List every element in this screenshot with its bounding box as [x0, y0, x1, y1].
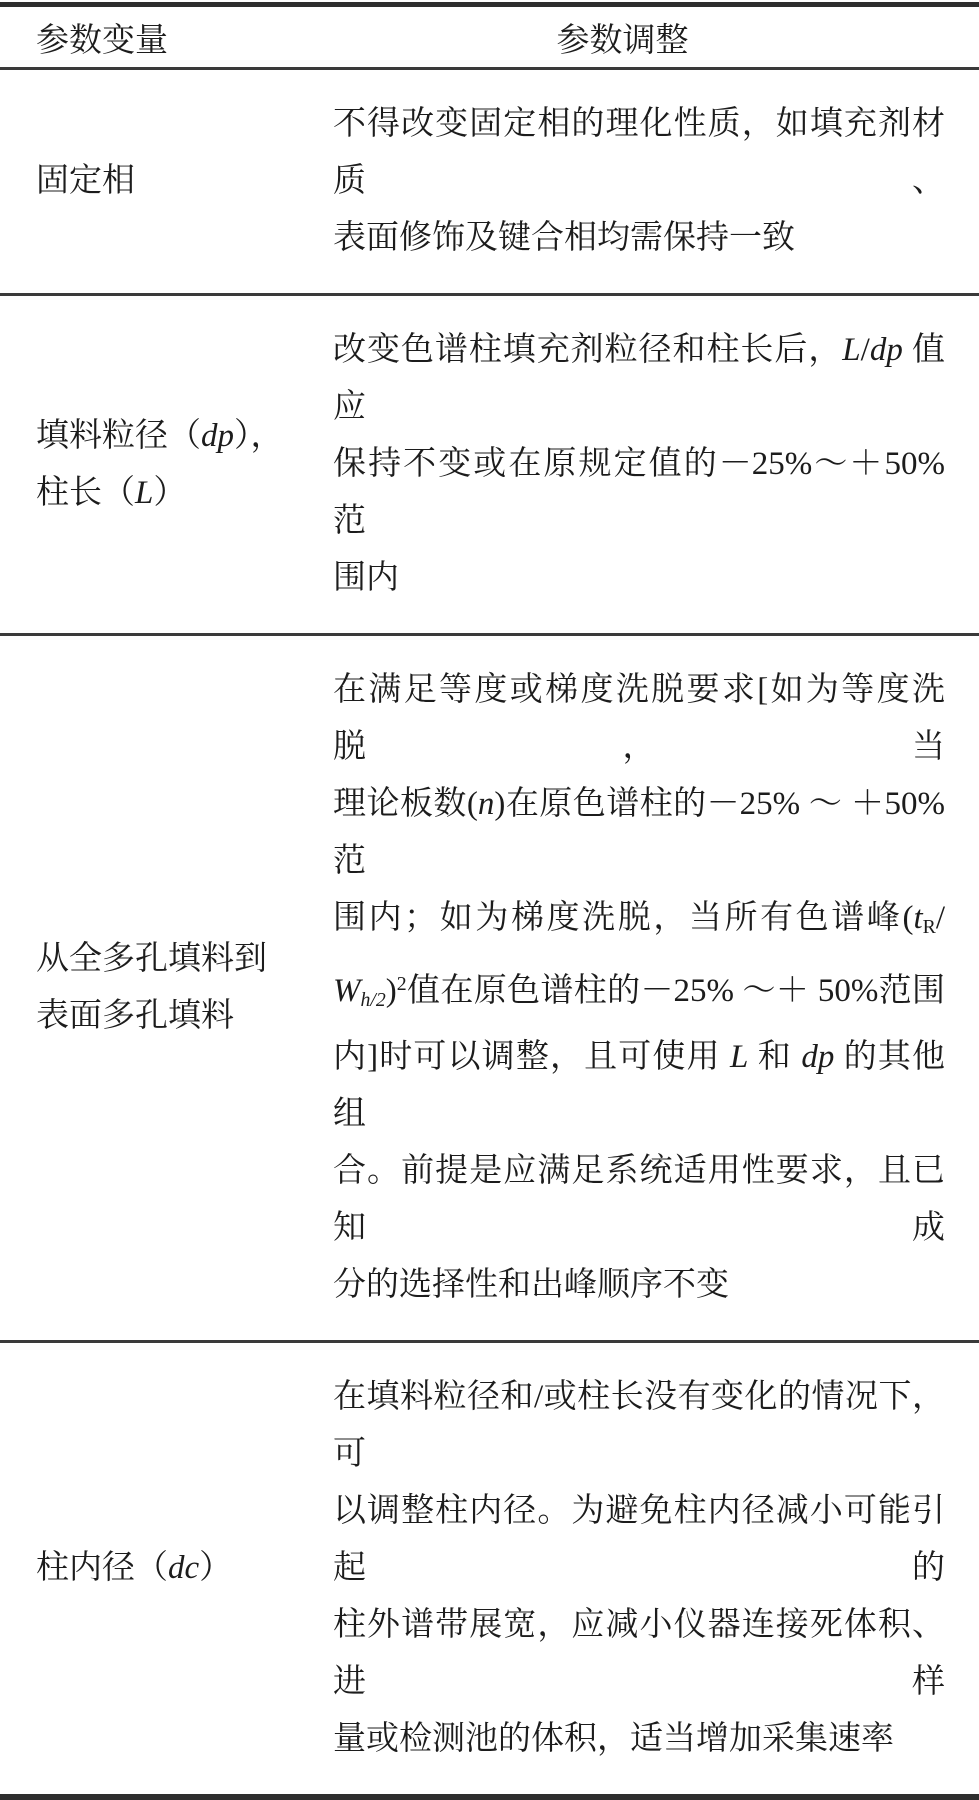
- table-body: 固定相不得改变固定相的理化性质，如填充剂材质、表面修饰及键合相均需保持一致填料粒…: [0, 69, 979, 1797]
- text-segment: 在满足等度或梯度洗脱要求[如为等度洗脱，当: [333, 672, 945, 765]
- text-segment: 填料粒径（: [36, 418, 201, 454]
- math-segment: dc: [168, 1550, 199, 1586]
- math-segment: dp: [870, 332, 903, 368]
- text-segment: 围内: [333, 560, 399, 596]
- text-line: 不得改变固定相的理化性质，如填充剂材质、: [333, 96, 945, 210]
- text-segment: ），: [234, 418, 284, 454]
- text-segment: 分的选择性和出峰顺序不变: [333, 1267, 729, 1303]
- math-segment: 2: [397, 973, 407, 995]
- text-segment: 柱外谱带展宽，应减小仪器连接死体积、进样: [333, 1607, 945, 1700]
- math-segment: W: [333, 973, 361, 1009]
- text-line: 柱长（L）: [36, 465, 303, 522]
- text-line: 柱外谱带展宽，应减小仪器连接死体积、进样: [333, 1597, 945, 1711]
- math-segment: t: [913, 900, 922, 936]
- text-segment: 合。前提是应满足系统适用性要求，且已知成: [333, 1153, 945, 1246]
- text-segment: 内]时可以调整，且可使用: [333, 1039, 730, 1075]
- text-line: 在填料粒径和/或柱长没有变化的情况下，可: [333, 1369, 945, 1483]
- table-row-particle-size-and-column-length: 填料粒径（dp），柱长（L）改变色谱柱填充剂粒径和柱长后，L/dp 值应保持不变…: [0, 295, 979, 635]
- param-variable-cell: 柱内径（dc）: [0, 1341, 309, 1797]
- table-row-fully-porous-to-superficially-porous: 从全多孔填料到表面多孔填料在满足等度或梯度洗脱要求[如为等度洗脱，当理论板数(n…: [0, 635, 979, 1342]
- math-segment: dp: [201, 418, 234, 454]
- math-segment: L: [842, 332, 860, 368]
- text-line: 保持不变或在原规定值的－25%～＋50%范: [333, 436, 945, 550]
- text-line: Wh/2)2值在原色谱柱的－25% ～＋ 50%范围: [333, 956, 945, 1029]
- text-line: 从全多孔填料到: [36, 931, 303, 988]
- table-head: 参数变量 参数调整: [0, 5, 979, 69]
- text-segment: ）: [153, 475, 186, 511]
- text-line: 固定相: [36, 153, 303, 210]
- math-segment: R: [923, 916, 936, 938]
- text-segment: 不得改变固定相的理化性质，如填充剂材质、: [333, 106, 945, 199]
- param-variable-cell: 填料粒径（dp），柱长（L）: [0, 295, 309, 635]
- math-segment: h/2: [361, 989, 386, 1011]
- text-line: 围内；如为梯度洗脱，当所有色谱峰(tR/: [333, 890, 945, 956]
- parameter-adjustment-table: 参数变量 参数调整 固定相不得改变固定相的理化性质，如填充剂材质、表面修饰及键合…: [0, 2, 979, 1800]
- text-segment: 表面多孔填料: [36, 998, 234, 1034]
- text-line: 理论板数(n)在原色谱柱的－25% ～ ＋50%范: [333, 776, 945, 890]
- text-segment: 以调整柱内径。为避免柱内径减小可能引起的: [333, 1493, 945, 1586]
- text-line: 在满足等度或梯度洗脱要求[如为等度洗脱，当: [333, 662, 945, 776]
- param-variable-cell: 固定相: [0, 69, 309, 295]
- text-segment: 柱长（: [36, 475, 135, 511]
- param-adjustment-cell: 不得改变固定相的理化性质，如填充剂材质、表面修饰及键合相均需保持一致: [309, 69, 979, 295]
- text-segment: 在填料粒径和/或柱长没有变化的情况下，可: [333, 1379, 945, 1472]
- text-segment: 和: [748, 1039, 801, 1075]
- text-line: 填料粒径（dp），: [36, 408, 303, 465]
- text-segment: /: [936, 900, 945, 936]
- math-segment: n: [478, 786, 495, 822]
- text-segment: 围内；如为梯度洗脱，当所有色谱峰(: [333, 900, 913, 936]
- text-segment: 值在原色谱柱的－25% ～＋ 50%范围: [407, 973, 945, 1009]
- header-param-adjustment: 参数调整: [309, 5, 979, 69]
- text-segment: 固定相: [36, 163, 135, 199]
- math-segment: dp: [801, 1039, 834, 1075]
- text-line: 合。前提是应满足系统适用性要求，且已知成: [333, 1143, 945, 1257]
- text-segment: ): [386, 973, 397, 1009]
- text-line: 表面多孔填料: [36, 988, 303, 1045]
- text-segment: /: [861, 332, 870, 368]
- document-page: 参数变量 参数调整 固定相不得改变固定相的理化性质，如填充剂材质、表面修饰及键合…: [0, 0, 979, 1800]
- text-segment: ）: [199, 1550, 232, 1586]
- text-line: 柱内径（dc）: [36, 1540, 303, 1597]
- text-line: 表面修饰及键合相均需保持一致: [333, 210, 945, 267]
- text-line: 改变色谱柱填充剂粒径和柱长后，L/dp 值应: [333, 322, 945, 436]
- text-line: 以调整柱内径。为避免柱内径减小可能引起的: [333, 1483, 945, 1597]
- text-segment: 表面修饰及键合相均需保持一致: [333, 220, 795, 256]
- text-segment: 柱内径（: [36, 1550, 168, 1586]
- param-variable-cell: 从全多孔填料到表面多孔填料: [0, 635, 309, 1342]
- text-segment: 保持不变或在原规定值的－25%～＋50%范: [333, 446, 945, 539]
- param-adjustment-cell: 改变色谱柱填充剂粒径和柱长后，L/dp 值应保持不变或在原规定值的－25%～＋5…: [309, 295, 979, 635]
- text-line: 分的选择性和出峰顺序不变: [333, 1257, 945, 1314]
- table-row-column-inner-diameter: 柱内径（dc）在填料粒径和/或柱长没有变化的情况下，可以调整柱内径。为避免柱内径…: [0, 1341, 979, 1797]
- header-param-variable: 参数变量: [0, 5, 309, 69]
- table-row-stationary-phase: 固定相不得改变固定相的理化性质，如填充剂材质、表面修饰及键合相均需保持一致: [0, 69, 979, 295]
- param-adjustment-cell: 在满足等度或梯度洗脱要求[如为等度洗脱，当理论板数(n)在原色谱柱的－25% ～…: [309, 635, 979, 1342]
- math-segment: L: [730, 1039, 748, 1075]
- text-segment: 理论板数(: [333, 786, 478, 822]
- text-segment: 量或检测池的体积，适当增加采集速率: [333, 1721, 894, 1757]
- text-line: 量或检测池的体积，适当增加采集速率: [333, 1711, 945, 1768]
- table-header-row: 参数变量 参数调整: [0, 5, 979, 69]
- text-segment: 从全多孔填料到: [36, 941, 267, 977]
- text-line: 围内: [333, 550, 945, 607]
- param-adjustment-cell: 在填料粒径和/或柱长没有变化的情况下，可以调整柱内径。为避免柱内径减小可能引起的…: [309, 1341, 979, 1797]
- text-segment: 改变色谱柱填充剂粒径和柱长后，: [333, 332, 842, 368]
- math-segment: L: [135, 475, 153, 511]
- text-line: 内]时可以调整，且可使用 L 和 dp 的其他组: [333, 1029, 945, 1143]
